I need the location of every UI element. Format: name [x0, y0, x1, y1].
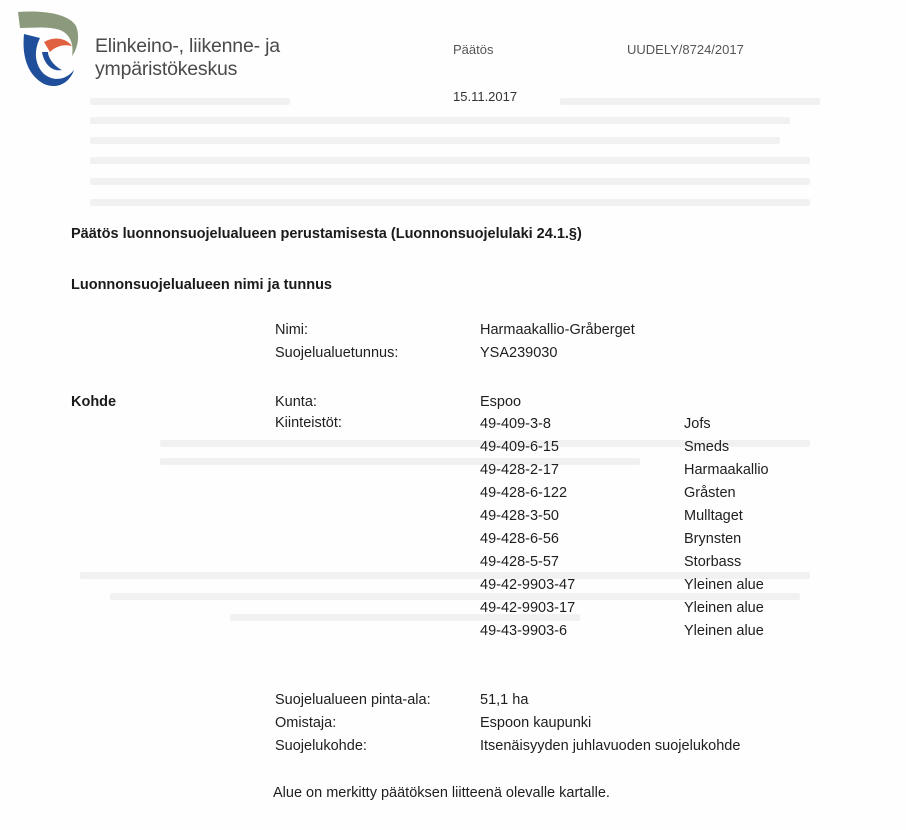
property-row: 49-409-3-8Jofs: [480, 415, 769, 438]
property-id: 49-428-6-122: [480, 484, 684, 507]
property-row: 49-409-6-15Smeds: [480, 438, 769, 461]
owner-label: Omistaja:: [275, 715, 336, 731]
document-date: 15.11.2017: [453, 89, 517, 104]
municipality-label: Kunta:: [275, 394, 317, 410]
property-row: 49-428-2-17Harmaakallio: [480, 461, 769, 484]
owner-value: Espoon kaupunki: [480, 715, 591, 731]
property-name: Mulltaget: [684, 507, 743, 530]
property-name: Gråsten: [684, 484, 736, 507]
org-name-line2: ympäristökeskus: [95, 58, 280, 81]
property-name: Harmaakallio: [684, 461, 769, 484]
property-row: 49-428-6-122Gråsten: [480, 484, 769, 507]
organization-name: Elinkeino-, liikenne- ja ympäristökeskus: [95, 35, 280, 81]
document-type: Päätös: [453, 42, 493, 57]
property-name: Brynsten: [684, 530, 741, 553]
protection-target-label: Suojelukohde:: [275, 738, 367, 754]
map-note: Alue on merkitty päätöksen liitteenä ole…: [273, 785, 610, 801]
property-id: 49-428-6-56: [480, 530, 684, 553]
property-name: Yleinen alue: [684, 599, 764, 622]
property-id: 49-428-3-50: [480, 507, 684, 530]
protection-target-value: Itsenäisyyden juhlavuoden suojelukohde: [480, 738, 740, 754]
municipality-value: Espoo: [480, 394, 521, 410]
property-name: Yleinen alue: [684, 622, 764, 645]
name-label: Nimi:: [275, 322, 308, 338]
name-value: Harmaakallio-Gråberget: [480, 322, 635, 338]
property-id: 49-43-9903-6: [480, 622, 684, 645]
property-id: 49-42-9903-47: [480, 576, 684, 599]
property-id: 49-428-2-17: [480, 461, 684, 484]
property-row: 49-42-9903-17Yleinen alue: [480, 599, 769, 622]
property-row: 49-428-6-56Brynsten: [480, 530, 769, 553]
property-row: 49-428-5-57Storbass: [480, 553, 769, 576]
target-section-heading: Kohde: [71, 394, 116, 410]
area-code-label: Suojelualuetunnus:: [275, 345, 398, 361]
area-size-value: 51,1 ha: [480, 692, 528, 708]
properties-label: Kiinteistöt:: [275, 415, 342, 431]
property-list: 49-409-3-8Jofs49-409-6-15Smeds49-428-2-1…: [480, 415, 769, 645]
org-name-line1: Elinkeino-, liikenne- ja: [95, 35, 280, 58]
name-section-heading: Luonnonsuojelualueen nimi ja tunnus: [71, 277, 332, 293]
property-name: Yleinen alue: [684, 576, 764, 599]
property-id: 49-428-5-57: [480, 553, 684, 576]
property-id: 49-409-6-15: [480, 438, 684, 461]
property-row: 49-428-3-50Mulltaget: [480, 507, 769, 530]
property-name: Storbass: [684, 553, 741, 576]
property-row: 49-43-9903-6Yleinen alue: [480, 622, 769, 645]
property-name: Jofs: [684, 415, 711, 438]
property-name: Smeds: [684, 438, 729, 461]
document-id: UUDELY/8724/2017: [627, 42, 744, 57]
document-title: Päätös luonnonsuojelualueen perustamises…: [71, 226, 582, 242]
area-code-value: YSA239030: [480, 345, 557, 361]
area-size-label: Suojelualueen pinta-ala:: [275, 692, 431, 708]
property-id: 49-42-9903-17: [480, 599, 684, 622]
ely-logo-icon: [14, 8, 86, 88]
property-id: 49-409-3-8: [480, 415, 684, 438]
property-row: 49-42-9903-47Yleinen alue: [480, 576, 769, 599]
